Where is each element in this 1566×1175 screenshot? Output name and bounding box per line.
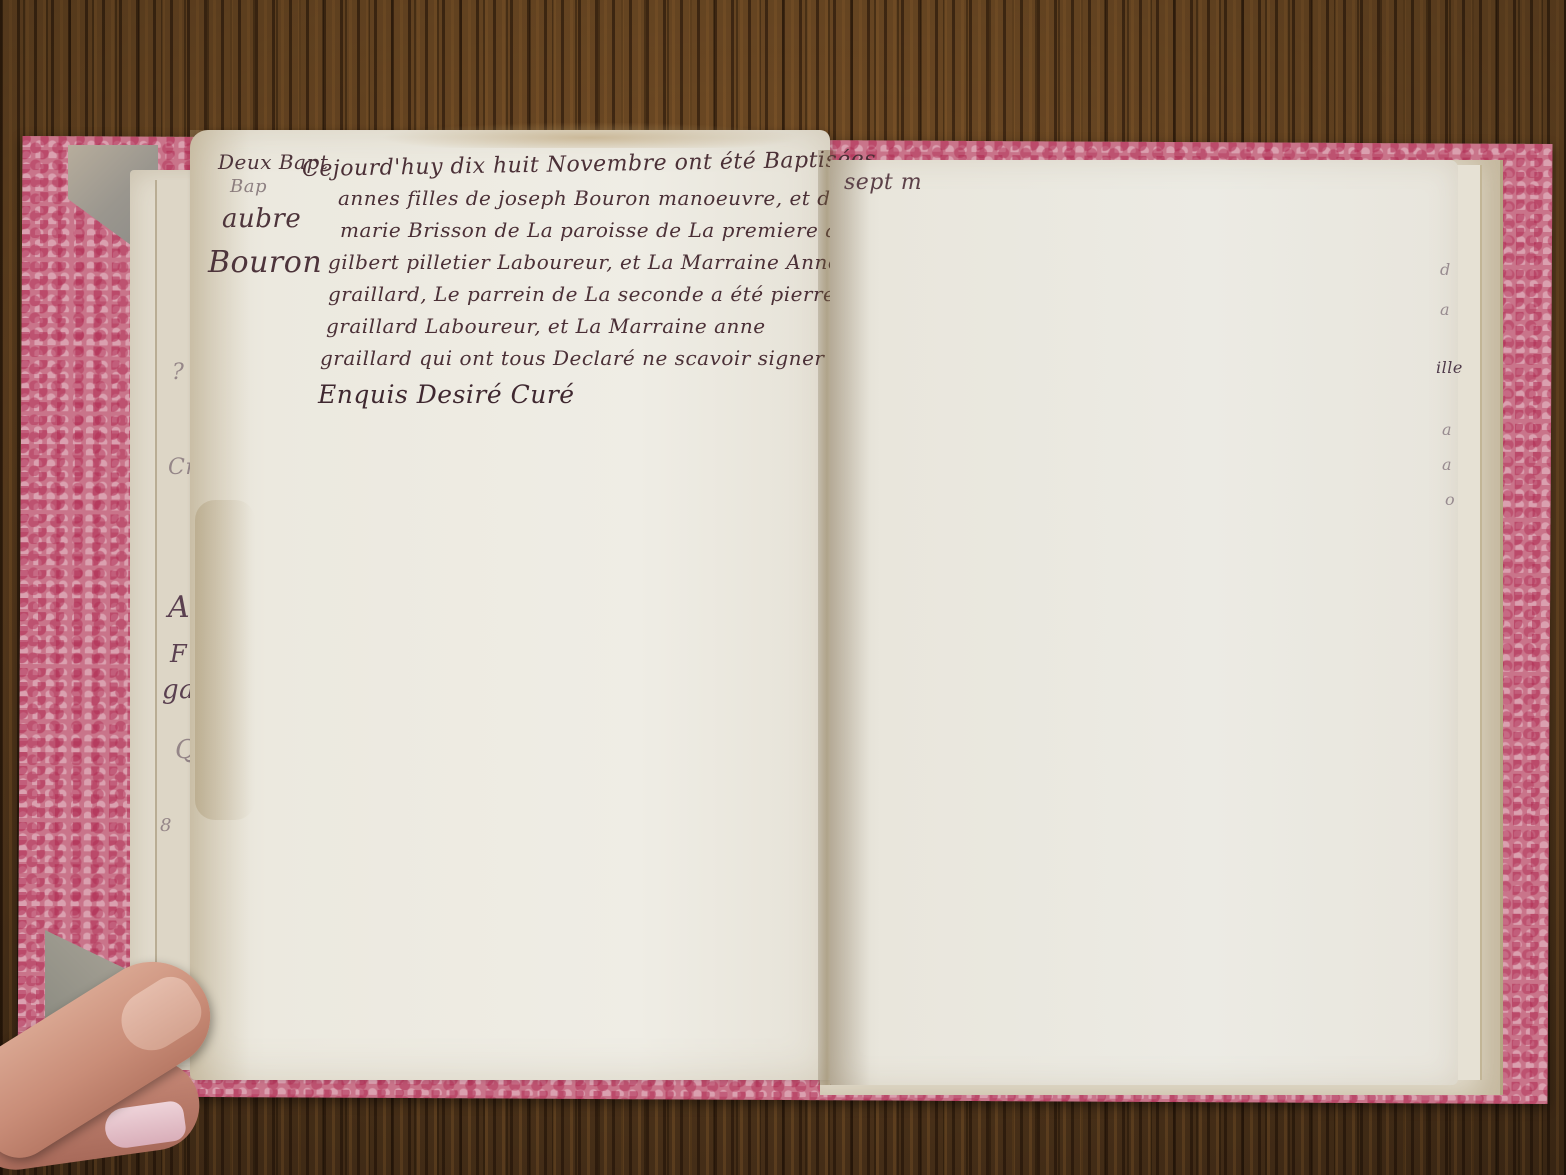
left-page: Deux Bapt Bap aubre Bouron Cejourd'huy d…	[190, 130, 830, 1080]
record-line-5: graillard, Le parrein de La seconde a ét…	[328, 282, 835, 306]
margin-note-name-2: Bouron	[208, 245, 322, 280]
record-line-6: graillard Laboureur, et La Marraine anne	[326, 314, 766, 338]
edge-fragment: F	[170, 640, 187, 668]
page-header-note: sept m	[844, 170, 922, 195]
record-line-7: graillard qui ont tous Declaré ne scavoi…	[320, 346, 824, 370]
edge-fragment: a	[1442, 420, 1452, 439]
edge-fragment: 8	[160, 815, 172, 836]
edge-fragment: o	[1445, 490, 1455, 509]
margin-note-name-1: aubre	[222, 204, 301, 234]
edge-fragment: a	[1440, 300, 1450, 319]
record-line-3: marie Brisson de La paroisse de La premi…	[340, 218, 878, 242]
edge-fragment: d	[1440, 260, 1451, 279]
record-line-1: Cejourd'huy dix huit Novembre ont été Ba…	[302, 147, 876, 182]
edge-fragment: ille	[1436, 358, 1463, 377]
water-stain	[380, 122, 800, 148]
edge-fragment: ?	[172, 360, 184, 385]
right-page: sept m	[830, 160, 1458, 1085]
edge-fragment: A	[168, 590, 190, 625]
edge-fragment: a	[1442, 455, 1452, 474]
record-line-2: annes filles de joseph Bouron manoeuvre,…	[338, 186, 843, 210]
cure-signature: Enquis Desiré Curé	[318, 380, 575, 409]
record-line-4: gilbert pilletier Laboureur, et La Marra…	[328, 250, 840, 274]
margin-note-abbrev: Bap	[230, 176, 267, 197]
fold-stain	[195, 500, 255, 820]
